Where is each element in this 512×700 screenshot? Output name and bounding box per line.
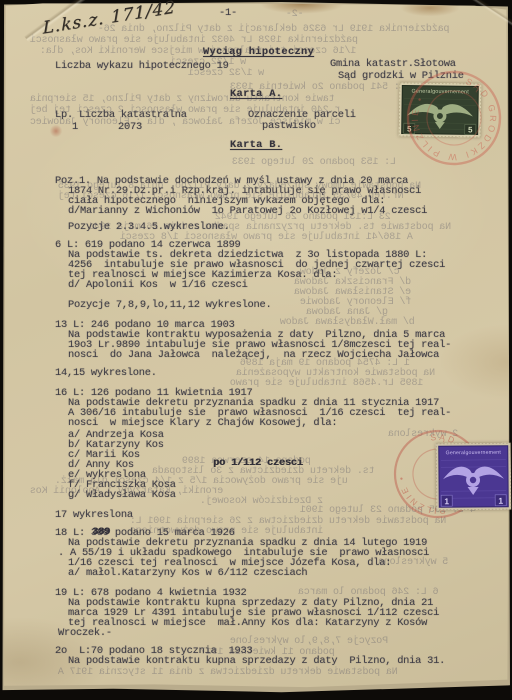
scanned-document-photo: { "document_kind": "Wyciąg hipoteczny (h… [0, 0, 512, 700]
document-paper [2, 2, 510, 692]
